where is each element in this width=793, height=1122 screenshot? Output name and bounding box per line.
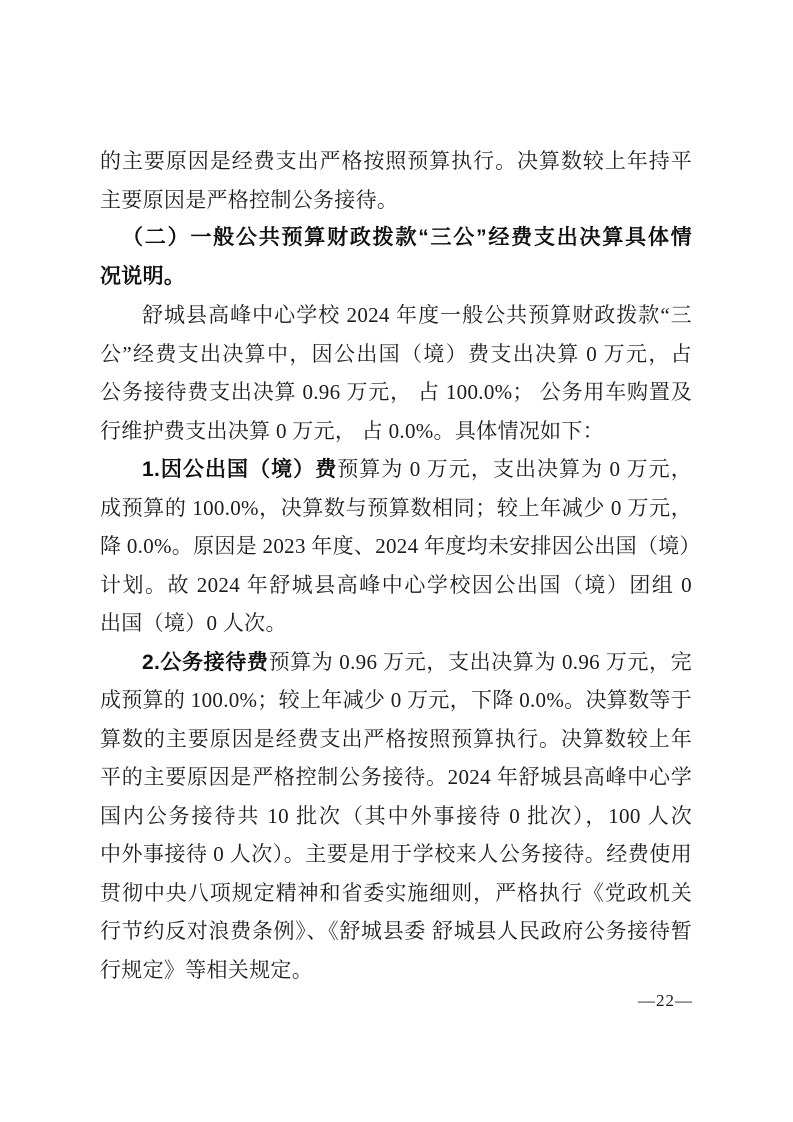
text-line: 行规定》等相关规定。	[100, 951, 692, 990]
text-line: 出国（境）0 人次。	[100, 604, 692, 643]
section-heading: （二）一般公共预算财政拨款“三公”经费支出决算具体情 况说明。	[100, 219, 692, 296]
text-line: 平的主要原因是严格控制公务接待。2024 年舒城县高峰中心学校	[100, 758, 692, 797]
page-number: —22—	[638, 991, 693, 1011]
text-line: 计划。故 2024 年舒城县高峰中心学校因公出国（境）团组 0 次，	[100, 566, 692, 605]
text-line: 1.因公出国（境）费预算为 0 万元，支出决算为 0 万元，完	[100, 450, 692, 489]
text-line: 降 0.0%。原因是 2023 年度、2024 年度均未安排因公出国（境）	[100, 527, 692, 566]
item-1-abroad-expense: 1.因公出国（境）费预算为 0 万元，支出决算为 0 万元，完 成预算的 100…	[100, 450, 692, 643]
text-line: 算数的主要原因是经费支出严格按照预算执行。决算数较上年持	[100, 720, 692, 759]
item-2-text: 预算为 0.96 万元，支出决算为 0.96 万元，完	[269, 650, 692, 674]
text-line: 2.公务接待费预算为 0.96 万元，支出决算为 0.96 万元，完	[100, 643, 692, 682]
text-line: 公务接待费支出决算 0.96 万元， 占 100.0%； 公务用车购置及运	[100, 373, 692, 412]
carryover-paragraph: 的主要原因是经费支出严格按照预算执行。决算数较上年持平的 主要原因是严格控制公务…	[100, 142, 692, 219]
text-line: 成预算的 100.0%，决算数与预算数相同；较上年减少 0 万元，下	[100, 489, 692, 528]
section-heading-line: （二）一般公共预算财政拨款“三公”经费支出决算具体情	[100, 219, 692, 258]
overview-paragraph: 舒城县高峰中心学校 2024 年度一般公共预算财政拨款“三 公”经费支出决算中，…	[100, 296, 692, 450]
document-page: 的主要原因是经费支出严格按照预算执行。决算数较上年持平的 主要原因是严格控制公务…	[0, 0, 793, 1122]
text-line: 的主要原因是经费支出严格按照预算执行。决算数较上年持平的	[100, 142, 692, 181]
text-line: 贯彻中央八项规定精神和省委实施细则，严格执行《党政机关厉	[100, 874, 692, 913]
text-line: 国内公务接待共 10 批次（其中外事接待 0 批次），100 人次（其	[100, 797, 692, 836]
item-1-label: 1.因公出国（境）费	[142, 458, 337, 481]
text-line: 主要原因是严格控制公务接待。	[100, 181, 692, 220]
text-line: 行维护费支出决算 0 万元， 占 0.0%。具体情况如下：	[100, 412, 692, 451]
text-line: 中外事接待 0 人次）。主要是用于学校来人公务接待。经费使用	[100, 835, 692, 874]
text-line: 公”经费支出决算中，因公出国（境）费支出决算 0 万元，占 0.0%；	[100, 335, 692, 374]
item-2-label: 2.公务接待费	[142, 651, 269, 674]
text-line: 行节约反对浪费条例》、《舒城县委 舒城县人民政府公务接待暂	[100, 912, 692, 951]
text-line: 成预算的 100.0%；较上年减少 0 万元，下降 0.0%。决算数等于预	[100, 681, 692, 720]
section-heading-line: 况说明。	[100, 258, 692, 297]
text-line: 舒城县高峰中心学校 2024 年度一般公共预算财政拨款“三	[100, 296, 692, 335]
item-2-reception-expense: 2.公务接待费预算为 0.96 万元，支出决算为 0.96 万元，完 成预算的 …	[100, 643, 692, 990]
document-body: 的主要原因是经费支出严格按照预算执行。决算数较上年持平的 主要原因是严格控制公务…	[100, 142, 692, 989]
